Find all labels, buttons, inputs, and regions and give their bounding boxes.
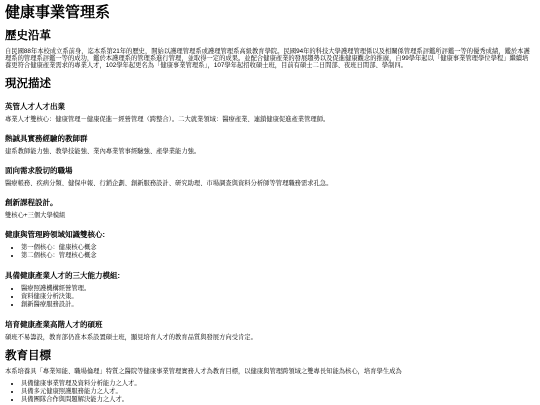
- master-program-paragraph: 碩班不易籌設，教育部仍准本系設置碩士班，顯見培育人才的教育品質與發展方向受肯定。: [5, 334, 534, 341]
- faculty-paragraph: 建系教師能力強、教學技能強、業內專業管事經驗強、產學業能力強。: [5, 148, 534, 155]
- subsection-heading-dual-core: 健康與管理跨領域知識雙核心:: [5, 230, 534, 239]
- list-item: 創新醫療服務設計。: [21, 301, 534, 309]
- section-heading-history: 歷史沿革: [5, 30, 534, 43]
- jobs-paragraph: 醫療帳務、疾病分類、健保申報、行銷企劃、創新服務設計、研究助理、市場調查與資料分…: [5, 180, 534, 187]
- subsection-heading-curriculum: 創新課程設計。: [5, 198, 534, 207]
- list-item: 醫療照護機構經營管理。: [21, 285, 534, 293]
- subsection-heading-master-program: 培育健康產業高階人才的碩班: [5, 320, 534, 329]
- education-goals-list: 具備健康事業管理及資料分析能力之人才。 具備多元健康照護服務能力之人才。 具備團…: [5, 380, 534, 404]
- list-item: 第一個核心：健康核心概念: [21, 244, 534, 252]
- curriculum-paragraph: 雙核心+三個大學模組: [5, 212, 534, 219]
- list-item: 具備健康事業管理及資料分析能力之人才。: [21, 380, 534, 388]
- section-heading-status: 現況描述: [5, 78, 534, 91]
- subsection-heading-talent: 英管人才人才出業: [5, 102, 534, 111]
- list-item: 資料健康分析決策。: [21, 293, 534, 301]
- list-item: 第二個核心：管理核心概念: [21, 252, 534, 260]
- subsection-heading-faculty: 熱誠具實務經驗的教師群: [5, 134, 534, 143]
- document-page: 健康事業管理系 歷史沿革 自民國88年本校成立系前身，迄本系第21年的歷史，開始…: [0, 0, 540, 404]
- history-paragraph: 自民國88年本校成立系前身，迄本系第21年的歷史，開始以護理管理系或護理管理系高…: [5, 48, 534, 70]
- section-heading-education-goals: 教育目標: [5, 350, 534, 363]
- page-title: 健康事業管理系: [5, 4, 534, 22]
- three-modules-list: 醫療照護機構經營管理。 資料健康分析決策。 創新醫療服務設計。: [5, 285, 534, 309]
- subsection-heading-three-modules: 具備健康產業人才的三大能力模組:: [5, 271, 534, 280]
- list-item: 具備多元健康照護服務能力之人才。: [21, 388, 534, 396]
- subsection-heading-jobs: 面向需求殷切的職場: [5, 166, 534, 175]
- talent-paragraph: 專業人才雙核心：健康管理－健康促進－經營管理（跨整合）。二大就業領域：醫療產業、…: [5, 116, 534, 123]
- education-goals-paragraph: 本系培養具「專業知能、職場倫理」特質之醫院等健康事業管理實務人才為教育目標，以健…: [5, 368, 534, 375]
- dual-core-list: 第一個核心：健康核心概念 第二個核心：管理核心概念: [5, 244, 534, 260]
- list-item: 具備團隊合作與問題解決能力之人才。: [21, 396, 534, 404]
